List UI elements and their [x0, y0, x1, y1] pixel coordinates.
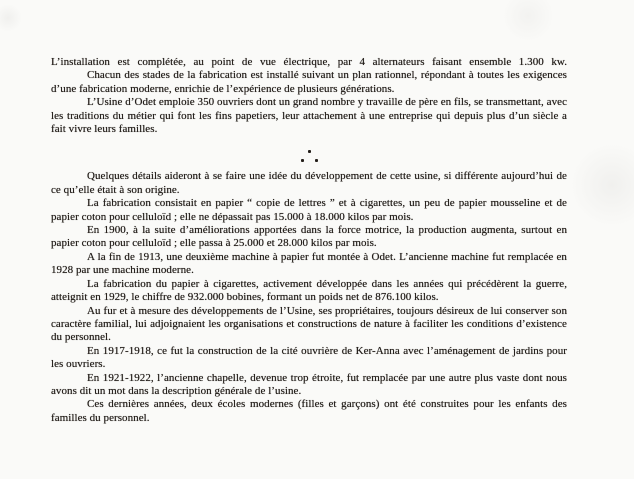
paragraph: En 1921-1922, l’ancienne chapelle, deven… — [51, 372, 567, 399]
paragraph: En 1917-1918, ce fut la construction de … — [51, 345, 567, 372]
paragraph: La fabrication du papier à cigarettes, a… — [51, 278, 567, 305]
asterism-ornament — [51, 150, 567, 163]
paragraph: La fabrication consistait en papier “ co… — [51, 197, 567, 224]
paragraph: A la fin de 1913, une deuxième machine à… — [51, 251, 567, 278]
paragraph: En 1900, à la suite d’améliorations appo… — [51, 224, 567, 251]
asterism-dot — [308, 150, 311, 153]
paragraph: Au fur et à mesure des développements de… — [51, 305, 567, 345]
paragraph: Quelques détails aideront à se faire une… — [51, 170, 567, 197]
text-block: L’installation est complétée, au point d… — [51, 56, 567, 425]
asterism-dot — [301, 159, 304, 162]
paragraph: L’installation est complétée, au point d… — [51, 56, 567, 69]
text-section-top: L’installation est complétée, au point d… — [51, 56, 567, 136]
book-page: L’installation est complétée, au point d… — [0, 0, 634, 479]
paragraph: Ces dernières années, deux écoles modern… — [51, 398, 567, 425]
asterism-dot — [315, 159, 318, 162]
paragraph: L’Usine d’Odet emploie 350 ouvriers dont… — [51, 96, 567, 136]
text-section-bottom: Quelques détails aideront à se faire une… — [51, 170, 567, 425]
paragraph: Chacun des stades de la fabrication est … — [51, 69, 567, 96]
